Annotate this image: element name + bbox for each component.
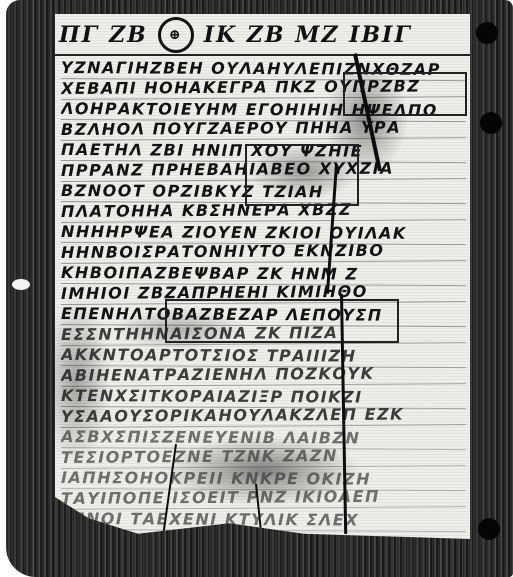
inscribed-panel: ΠΓ ΖΒ ⊕ ΙΚ ΖΒ ΜΖ ΙΒΙΓ ΥΖΝΑΓΙΗΖΒΕΗ ΟΥΛΑΗΥ… — [55, 14, 470, 539]
seal-icon: ⊕ — [158, 17, 194, 53]
header-inscription: ΠΓ ΖΒ ⊕ ΙΚ ΖΒ ΜΖ ΙΒΙΓ — [59, 18, 464, 52]
inscription-row: ΥΣΑΑΟΥΣΟΡΙΚΑΗΟΥΛΑΚΖΛΕΠ ΕΖΚ — [61, 404, 466, 427]
nail-hole-icon — [478, 518, 500, 540]
inscription-rows: ΥΖΝΑΓΙΗΖΒΕΗ ΟΥΛΑΗΥΛΕΠΙΖΝΧΘΖΑΡ ΧΕΒΑΠΙ ΗΟΗ… — [61, 58, 466, 530]
grid-box — [165, 299, 399, 343]
inscription-row: ΒΖΛΗΟΛ ΠΟΥΓΖΑΕΡΟΥ ΠΗΗΑ ΥΡΑ — [61, 117, 466, 140]
header-right-text: ΙΚ ΖΒ ΜΖ ΙΒΙΓ — [204, 22, 412, 48]
inscription-row: ΑΒΙΗΕΝΑΤΡΑΖΙΕΝΗΛ ΠΟΖΚΟΥΚ — [61, 363, 466, 386]
nail-hole-icon — [476, 22, 498, 44]
inscription-row: ΗΗΝΒΟΙΣΡΑΤΟΝΗΙΥΤΟ ΕΚΝΖΙΒΟ — [61, 240, 466, 263]
header-left-text: ΠΓ ΖΒ — [59, 22, 148, 48]
grid-box — [245, 144, 359, 206]
inscription-row: ΤΑΥΙΠΟΠΕ ΙΣΟΕΙΤ ΡΝΖ ΙΚΙΟΑΕΠ — [61, 486, 466, 509]
frame-chip — [12, 279, 30, 290]
inscription-row: ΤΕΣΙΟΡΤΟΕΖΝΕ ΤΖΝΚ ΖΑΖΝ — [61, 445, 466, 468]
header-divider — [55, 54, 470, 56]
nail-hole-icon — [480, 112, 502, 134]
tablet-photograph: ΠΓ ΖΒ ⊕ ΙΚ ΖΒ ΜΖ ΙΒΙΓ ΥΖΝΑΓΙΗΖΒΕΗ ΟΥΛΑΗΥ… — [0, 0, 513, 577]
